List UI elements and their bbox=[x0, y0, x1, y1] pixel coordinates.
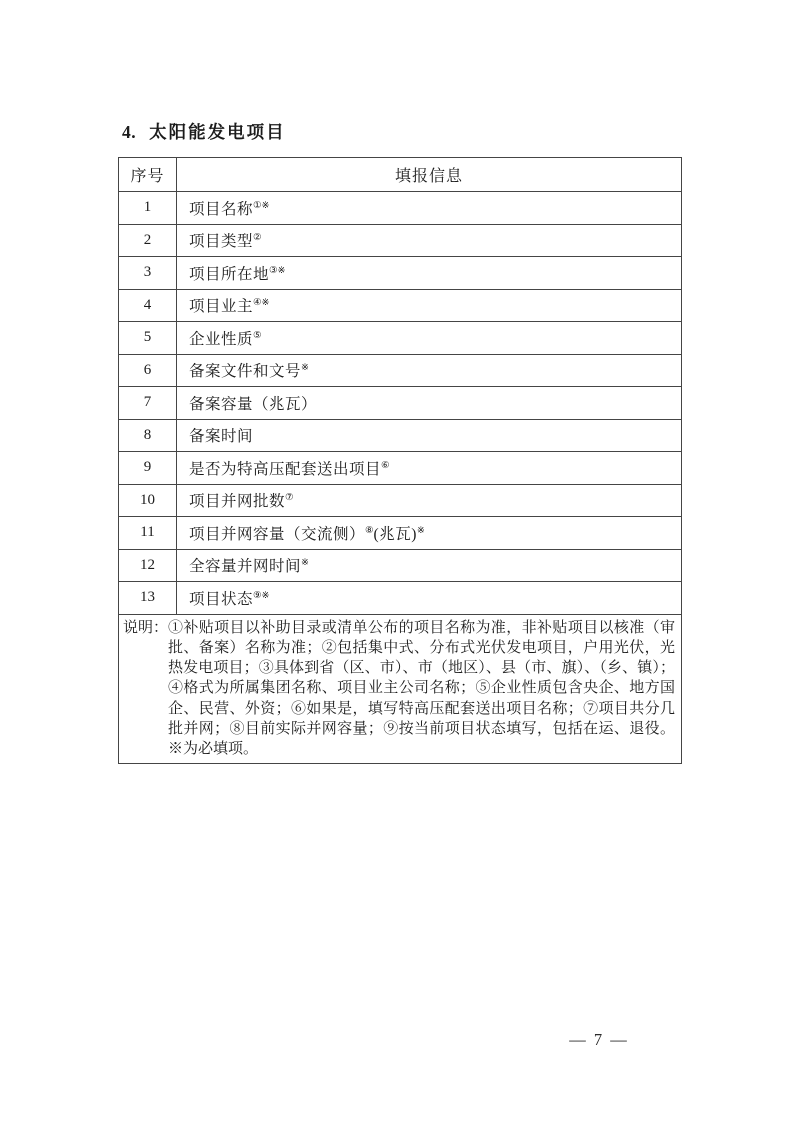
table-row: 2 项目类型② bbox=[119, 224, 682, 257]
table-row: 10 项目并网批数⑦ bbox=[119, 484, 682, 517]
notes-text: ①补贴项目以补助目录或清单公布的项目名称为准，非补贴项目以核准（审批、备案）名称… bbox=[168, 618, 675, 760]
table-row: 6 备案文件和文号※ bbox=[119, 354, 682, 387]
section-heading: 4. 太阳能发电项目 bbox=[122, 119, 286, 144]
table-row: 9 是否为特高压配套送出项目⑥ bbox=[119, 452, 682, 485]
row-label-superscript: ⑥ bbox=[381, 461, 390, 471]
row-label-text: 项目所在地 bbox=[189, 266, 269, 283]
row-label: 备案容量（兆瓦） bbox=[177, 387, 682, 420]
row-label-superscript: ② bbox=[253, 233, 262, 243]
row-label: 项目并网容量（交流侧）⑧(兆瓦)※ bbox=[177, 517, 682, 550]
row-label-text: 项目并网容量（交流侧） bbox=[189, 526, 365, 543]
row-label-superscript: ⑨※ bbox=[253, 591, 269, 601]
table-body: 1 项目名称①※ 2 项目类型② 3 项目所在地③※ 4 项目业主④※ 5 企业… bbox=[119, 192, 682, 615]
row-label: 项目名称①※ bbox=[177, 192, 682, 225]
row-label-text: 全容量并网时间 bbox=[189, 558, 301, 575]
notes-row: 说明： ①补贴项目以补助目录或清单公布的项目名称为准，非补贴项目以核准（审批、备… bbox=[119, 614, 682, 763]
section-title: 太阳能发电项目 bbox=[149, 119, 286, 144]
row-label-superscript: ④※ bbox=[253, 298, 269, 308]
row-serial-number: 13 bbox=[119, 582, 177, 615]
row-label: 企业性质⑤ bbox=[177, 322, 682, 355]
table-row: 12 全容量并网时间※ bbox=[119, 549, 682, 582]
row-label: 项目并网批数⑦ bbox=[177, 484, 682, 517]
table-row: 3 项目所在地③※ bbox=[119, 257, 682, 290]
row-label-text: 项目类型 bbox=[189, 233, 253, 250]
row-label-superscript: ⑤ bbox=[253, 331, 262, 341]
row-label: 全容量并网时间※ bbox=[177, 549, 682, 582]
row-label-text: 企业性质 bbox=[189, 331, 253, 348]
row-label-text: 备案时间 bbox=[189, 428, 253, 445]
row-label-superscript: ①※ bbox=[253, 201, 269, 211]
row-label: 项目状态⑨※ bbox=[177, 582, 682, 615]
row-serial-number: 8 bbox=[119, 419, 177, 452]
row-label: 项目业主④※ bbox=[177, 289, 682, 322]
table-row: 11 项目并网容量（交流侧）⑧(兆瓦)※ bbox=[119, 517, 682, 550]
document-page: 4. 太阳能发电项目 序号 填报信息 1 项目名称①※ 2 项目类型② 3 项目… bbox=[0, 0, 794, 1123]
row-label-text: 项目业主 bbox=[189, 298, 253, 315]
row-label-superscript: ※ bbox=[301, 558, 309, 568]
page-number: — 7 — bbox=[543, 1030, 655, 1050]
table-row: 1 项目名称①※ bbox=[119, 192, 682, 225]
table-row: 4 项目业主④※ bbox=[119, 289, 682, 322]
row-label-superscript: ③※ bbox=[269, 266, 285, 276]
notes-label: 说明： bbox=[123, 618, 168, 760]
row-serial-number: 1 bbox=[119, 192, 177, 225]
row-label-superscript: ※ bbox=[417, 526, 425, 536]
row-label: 备案文件和文号※ bbox=[177, 354, 682, 387]
row-serial-number: 4 bbox=[119, 289, 177, 322]
row-label: 备案时间 bbox=[177, 419, 682, 452]
row-label-superscript: ⑧ bbox=[365, 526, 374, 536]
row-label-text: 项目并网批数 bbox=[189, 493, 285, 510]
table-header-row: 序号 填报信息 bbox=[119, 158, 682, 192]
table-row: 5 企业性质⑤ bbox=[119, 322, 682, 355]
row-label-text: 是否为特高压配套送出项目 bbox=[189, 461, 381, 478]
table-row: 8 备案时间 bbox=[119, 419, 682, 452]
row-label-text: 项目状态 bbox=[189, 591, 253, 608]
row-label-superscript: ⑦ bbox=[285, 493, 294, 503]
table-row: 13 项目状态⑨※ bbox=[119, 582, 682, 615]
row-serial-number: 10 bbox=[119, 484, 177, 517]
notes-cell: 说明： ①补贴项目以补助目录或清单公布的项目名称为准，非补贴项目以核准（审批、备… bbox=[119, 614, 682, 763]
row-label-superscript: ※ bbox=[301, 363, 309, 373]
table-row: 7 备案容量（兆瓦） bbox=[119, 387, 682, 420]
row-serial-number: 2 bbox=[119, 224, 177, 257]
row-serial-number: 7 bbox=[119, 387, 177, 420]
row-label: 项目类型② bbox=[177, 224, 682, 257]
header-serial-number: 序号 bbox=[119, 158, 177, 192]
row-label-text: 备案容量（兆瓦） bbox=[189, 396, 317, 413]
solar-project-info-table: 序号 填报信息 1 项目名称①※ 2 项目类型② 3 项目所在地③※ 4 项目业… bbox=[118, 157, 682, 764]
row-label: 是否为特高压配套送出项目⑥ bbox=[177, 452, 682, 485]
row-serial-number: 5 bbox=[119, 322, 177, 355]
row-label-text: 备案文件和文号 bbox=[189, 363, 301, 380]
row-label-text: 项目名称 bbox=[189, 201, 253, 218]
header-fill-info: 填报信息 bbox=[177, 158, 682, 192]
section-number: 4. bbox=[122, 122, 136, 143]
row-serial-number: 9 bbox=[119, 452, 177, 485]
row-label: 项目所在地③※ bbox=[177, 257, 682, 290]
row-serial-number: 11 bbox=[119, 517, 177, 550]
row-label-text: (兆瓦) bbox=[374, 526, 417, 543]
row-serial-number: 12 bbox=[119, 549, 177, 582]
row-serial-number: 3 bbox=[119, 257, 177, 290]
row-serial-number: 6 bbox=[119, 354, 177, 387]
